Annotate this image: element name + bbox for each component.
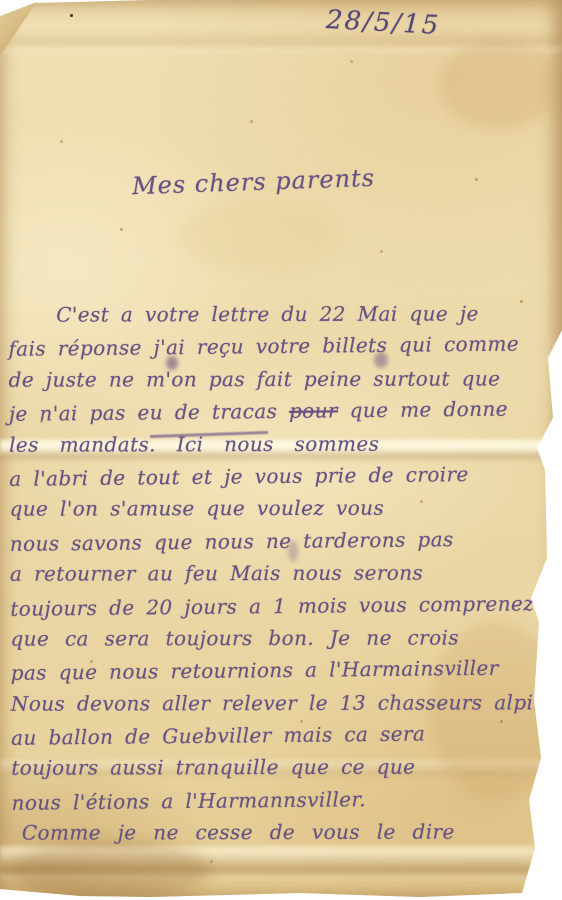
letter-date: 28/5/15	[325, 5, 441, 41]
letter-line: toujours aussi tranquille que ce que	[11, 751, 553, 785]
paper-stain	[180, 200, 340, 270]
line-segment: que me donne	[338, 397, 508, 423]
letter-salutation: Mes chers parents	[132, 164, 376, 200]
letter-line-with-strikethrough: je n'ai pas eu de tracas pour que me don…	[9, 392, 551, 430]
letter-line: pas que nous retournions a l'Harmainsvil…	[11, 651, 553, 689]
letter-line: au ballon de Guebviller mais ca sera	[11, 716, 553, 754]
letter-line: nous savons que nous ne tarderons pas	[10, 522, 552, 560]
paper-crease	[0, 30, 562, 52]
letter-line: les mandats. Ici nous sommes	[9, 427, 551, 461]
struck-word: pour	[289, 399, 338, 424]
paper-fold-crease	[0, 846, 562, 880]
letter-line: a retourner au feu Mais nous serons	[10, 556, 552, 590]
letter-line: que l'on s'amuse que voulez vous	[10, 492, 552, 526]
letter-line: que ca sera toujours bon. Je ne crois	[10, 621, 552, 655]
paper-stain	[440, 40, 560, 130]
paper-speckles	[0, 0, 3, 3]
letter-line: fais réponse j'ai reçu votre billets qui…	[8, 328, 550, 366]
letter-line: Nous devons aller relever le 13 chasseur…	[11, 686, 553, 720]
letter-line: Comme je ne cesse de vous le dire	[12, 816, 554, 850]
letter-line: a l'abri de tout et je vous prie de croi…	[9, 457, 551, 495]
letter-line: nous l'étions a l'Harmannsviller.	[11, 781, 553, 819]
letter-line: toujours de 20 jours a 1 mois vous compr…	[10, 587, 552, 625]
letter-body: C'est a votre lettre du 22 Mai que je fa…	[8, 296, 554, 850]
line-segment: je n'ai pas eu de tracas	[9, 399, 289, 426]
letter-line: de juste ne m'on pas fait peine surtout …	[9, 362, 551, 396]
scanned-letter: 28/5/15 Mes chers parents C'est a votre …	[0, 0, 562, 900]
letter-page: 28/5/15 Mes chers parents C'est a votre …	[0, 0, 562, 900]
letter-line: C'est a votre lettre du 22 Mai que je	[8, 297, 550, 331]
